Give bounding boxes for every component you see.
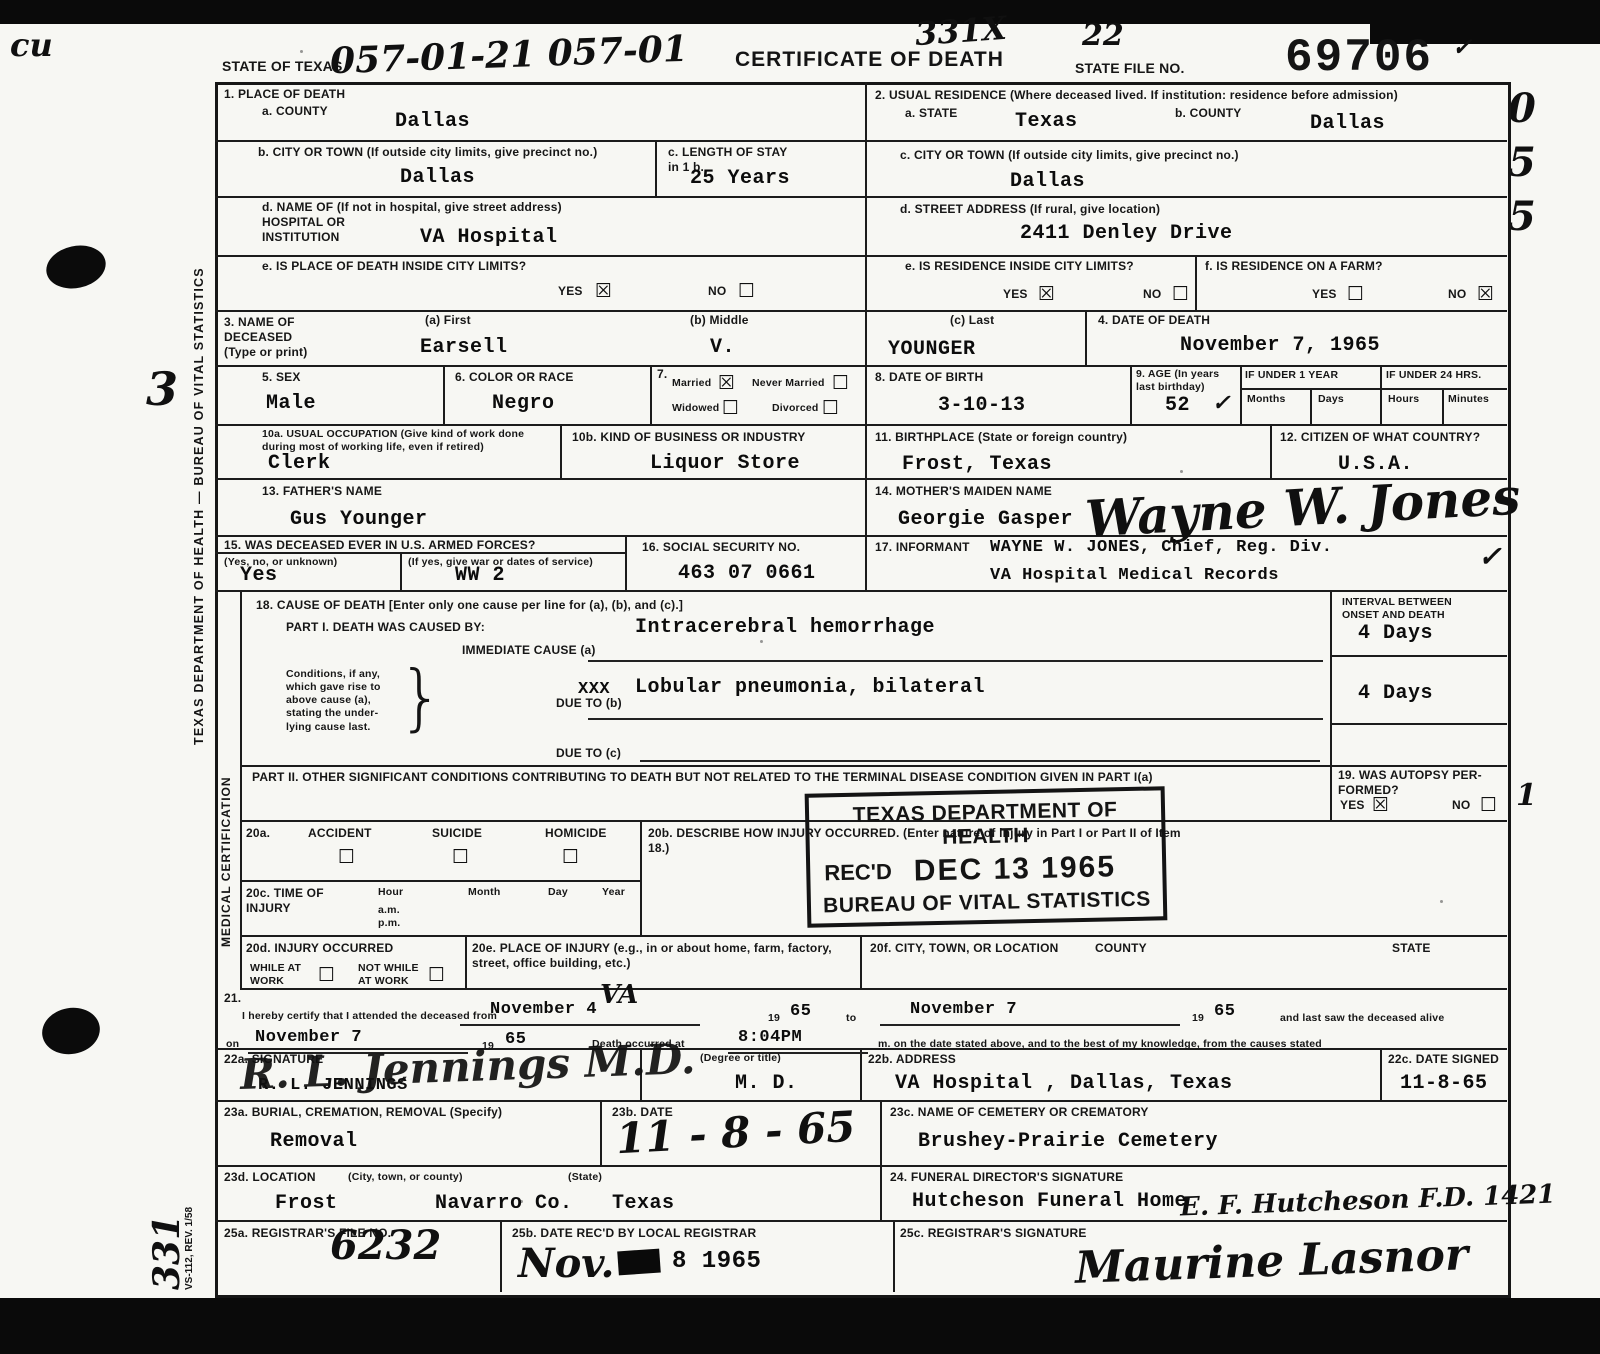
certify-19b: 19 — [1192, 1012, 1204, 1025]
field-res-city-label: c. CITY OR TOWN (If outside city limits,… — [900, 148, 1239, 163]
field-date-signed-value: 11-8-65 — [1400, 1072, 1488, 1095]
marital-widowed-label: Widowed — [672, 402, 719, 415]
not-while-at-work-checkbox: ☐ — [428, 966, 445, 985]
month-header: Month — [468, 886, 501, 899]
due-to-c-label: DUE TO (c) — [556, 746, 621, 761]
divider — [860, 935, 862, 988]
stamp-date: DEC 13 1965 — [914, 850, 1117, 888]
res-farm-yes-label: YES — [1312, 287, 1337, 302]
field-age-label: 9. AGE (In years last birthday) — [1136, 368, 1219, 394]
divider — [215, 140, 1507, 142]
field-sex-label: 5. SEX — [262, 370, 301, 385]
certify-year1: 65 — [790, 1002, 811, 1021]
received-stamp: TEXAS DEPARTMENT OF HEALTH REC'D DEC 13 … — [805, 786, 1168, 928]
divider — [443, 365, 445, 424]
field-date-recd-label: 25b. DATE REC'D BY LOCAL REGISTRAR — [512, 1226, 756, 1241]
stamp-line1: TEXAS DEPARTMENT OF HEALTH — [809, 797, 1162, 852]
certify-tail-2: m. on the date stated above, and to the … — [878, 1038, 1508, 1051]
divider — [865, 82, 867, 590]
field-res-county-value: Dallas — [1310, 112, 1385, 135]
divider — [600, 1100, 602, 1165]
location-city-value: Frost — [275, 1192, 338, 1215]
certify-time-value: 8:04PM — [738, 1028, 802, 1047]
divider — [1310, 388, 1312, 424]
field-birthplace-label: 11. BIRTHPLACE (State or foreign country… — [875, 430, 1127, 445]
side-title-vertical: TEXAS DEPARTMENT OF HEALTH — BUREAU OF V… — [192, 250, 206, 745]
marital-widowed-checkbox: ☐ — [722, 399, 739, 418]
injury-20c-label: 20c. TIME OF INJURY — [246, 886, 324, 916]
divider — [560, 424, 562, 478]
months-header: Months — [1247, 393, 1286, 406]
certify-on: on — [226, 1038, 239, 1051]
interval-value-a: 4 Days — [1358, 622, 1433, 645]
field-last-value: YOUNGER — [888, 338, 976, 361]
divider — [1380, 365, 1382, 424]
res-limits-no-checkbox: ☐ — [1172, 285, 1189, 304]
field-dod-label: 4. DATE OF DEATH — [1098, 313, 1210, 328]
certify-to-date: November 7 — [910, 1000, 1017, 1019]
age-handwritten-mark: ✓ — [1212, 390, 1230, 416]
divider — [893, 1220, 895, 1292]
homicide-checkbox: ☐ — [562, 848, 579, 867]
divider — [240, 988, 1507, 990]
pod-no-label: NO — [708, 284, 726, 299]
field-res-state-label: a. STATE — [905, 106, 958, 121]
field-address-label: 22b. ADDRESS — [868, 1052, 956, 1067]
suicide-checkbox: ☐ — [452, 848, 469, 867]
divider — [500, 1220, 502, 1292]
field-city-value: Dallas — [400, 166, 475, 189]
immediate-cause-label: IMMEDIATE CAUSE (a) — [462, 643, 596, 658]
injury-20e-label: 20e. PLACE OF INJURY (e.g., in or about … — [472, 941, 852, 971]
field-last-label: (c) Last — [950, 313, 994, 328]
while-at-work-checkbox: ☐ — [318, 966, 335, 985]
autopsy-no-label: NO — [1452, 798, 1470, 813]
field-autopsy-label: 19. WAS AUTOPSY PER- FORMED? — [1338, 768, 1482, 798]
divider — [588, 718, 1323, 720]
field-res-state-value: Texas — [1015, 110, 1078, 133]
res-farm-no-label: NO — [1448, 287, 1466, 302]
under-24-hrs-header: IF UNDER 24 HRS. — [1386, 369, 1481, 382]
divider — [240, 590, 242, 988]
divider — [240, 935, 1507, 937]
field-informant-line1: WAYNE W. JONES, Chief, Reg. Div. — [990, 538, 1332, 557]
field-informant-label: 17. INFORMANT — [875, 540, 970, 555]
divider — [880, 1100, 882, 1165]
injury-county-header: COUNTY — [1095, 941, 1147, 956]
scan-speck — [300, 50, 303, 53]
field-war-value: WW 2 — [455, 564, 505, 587]
divider — [1380, 1048, 1382, 1100]
field-res-city-limits-label: e. IS RESIDENCE INSIDE CITY LIMITS? — [905, 259, 1134, 274]
field-length-of-stay-value: 25 Years — [690, 167, 790, 190]
field-armed-forces-label: 15. WAS DECEASED EVER IN U.S. ARMED FORC… — [224, 538, 536, 553]
field-res-city-value: Dallas — [1010, 170, 1085, 193]
divider — [880, 1165, 882, 1220]
divider — [215, 1100, 1507, 1102]
ink-blot — [617, 1249, 661, 1276]
field-mother-label: 14. MOTHER'S MAIDEN NAME — [875, 484, 1052, 499]
res-limits-no-label: NO — [1143, 287, 1161, 302]
marital-married-label: Married — [672, 377, 711, 390]
field-ssn-value: 463 07 0661 — [678, 562, 816, 585]
brace-glyph: } — [398, 655, 444, 739]
margin-note-3: 3 — [146, 362, 178, 416]
divider — [215, 310, 1507, 312]
date-recd-handwritten: Nov. — [518, 1240, 614, 1287]
divider — [1330, 655, 1507, 657]
year-header: Year — [602, 886, 625, 899]
funeral-home-value: Hutcheson Funeral Home — [912, 1190, 1187, 1213]
days-header: Days — [1318, 393, 1344, 406]
divider — [1195, 255, 1197, 310]
field-burial-value: Removal — [270, 1130, 358, 1153]
death-certificate-scan: cu 3 331 VS-112, REV. 1/58 TEXAS DEPARTM… — [0, 0, 1600, 1354]
divider — [400, 552, 402, 590]
divider — [215, 1165, 1507, 1167]
field-dod-value: November 7, 1965 — [1180, 334, 1380, 357]
certify-on-date: November 7 — [255, 1028, 362, 1047]
certify-to: to — [846, 1012, 856, 1025]
field-cemetery-label: 23c. NAME OF CEMETERY OR CREMATORY — [890, 1105, 1149, 1120]
divider — [1270, 424, 1272, 478]
cause-conditions-note: Conditions, if any, which gave rise to a… — [286, 668, 381, 734]
ampm-label: a.m. p.m. — [378, 904, 400, 930]
field-informant-line2: VA Hospital Medical Records — [990, 566, 1279, 585]
informant-check-mark: ✓ — [1478, 540, 1501, 573]
location-state-value: Texas — [612, 1192, 675, 1215]
state-of-texas-label: STATE OF TEXAS — [222, 58, 343, 76]
divider — [640, 760, 1320, 762]
interval-value-b: 4 Days — [1358, 682, 1433, 705]
handwritten-22: 22 — [1082, 18, 1124, 53]
cause-part1-label: PART I. DEATH WAS CAUSED BY: — [286, 620, 485, 635]
field-father-label: 13. FATHER'S NAME — [262, 484, 382, 499]
certify-tail-1: and last saw the deceased alive — [1280, 1012, 1444, 1025]
field-race-value: Negro — [492, 392, 555, 415]
field-funeral-director-label: 24. FUNERAL DIRECTOR'S SIGNATURE — [890, 1170, 1123, 1185]
field-occupation-label: 10a. USUAL OCCUPATION (Give kind of work… — [262, 428, 524, 454]
homicide-label: HOMICIDE — [545, 826, 607, 841]
field-race-label: 6. COLOR OR RACE — [455, 370, 574, 385]
field-cemetery-value: Brushey-Prairie Cemetery — [918, 1130, 1218, 1153]
under-1-year-header: IF UNDER 1 YEAR — [1245, 369, 1338, 382]
injury-20f-label: 20f. CITY, TOWN, OR LOCATION — [870, 941, 1059, 956]
state-file-no-value: 69706 — [1285, 32, 1433, 84]
res-farm-yes-checkbox: ☐ — [1347, 285, 1364, 304]
field-cause-title: 18. CAUSE OF DEATH [Enter only one cause… — [256, 598, 683, 613]
certificate-title: CERTIFICATE OF DEATH — [735, 48, 1004, 72]
pod-no-checkbox: ☐ — [738, 282, 755, 301]
field-business-label: 10b. KIND OF BUSINESS OR INDUSTRY — [572, 430, 806, 445]
field-father-value: Gus Younger — [290, 508, 428, 531]
field-location-label: 23d. LOCATION — [224, 1170, 316, 1185]
field-business-value: Liquor Store — [650, 452, 800, 475]
minutes-header: Minutes — [1448, 393, 1489, 406]
marital-married-checkbox: ☒ — [718, 374, 735, 393]
field-res-street-label: d. STREET ADDRESS (If rural, give locati… — [900, 202, 1160, 217]
field-name-title: 3. NAME OF DECEASED (Type or print) — [224, 315, 307, 360]
field-first-value: Earsell — [420, 336, 508, 359]
marital-divorced-label: Divorced — [772, 402, 819, 415]
divider — [625, 535, 627, 590]
accident-label: ACCIDENT — [308, 826, 372, 841]
hole-punch-top — [42, 240, 109, 294]
date-recd-stamped: 8 1965 — [672, 1248, 761, 1275]
injury-20a-number: 20a. — [246, 826, 270, 841]
divider — [860, 1048, 862, 1100]
due-to-b-label: DUE TO (b) — [556, 696, 622, 711]
divider — [460, 1024, 700, 1026]
field-age-value: 52 — [1165, 394, 1190, 417]
hours-header: Hours — [1388, 393, 1419, 406]
field-immediate-cause-value: Intracerebral hemorrhage — [635, 616, 935, 639]
divider — [650, 365, 652, 424]
field-res-farm-label: f. IS RESIDENCE ON A FARM? — [1205, 259, 1383, 274]
not-while-at-work-label: NOT WHILE AT WORK — [358, 962, 419, 988]
divider — [1085, 310, 1087, 365]
pod-yes-checkbox: ☒ — [595, 282, 612, 301]
field-place-of-death-title: 1. PLACE OF DEATH — [224, 87, 345, 102]
field-dob-label: 8. DATE OF BIRTH — [875, 370, 983, 385]
day-header: Day — [548, 886, 568, 899]
suicide-label: SUICIDE — [432, 826, 482, 841]
handwritten-331x: 331X — [914, 9, 1008, 53]
field-county-value: Dallas — [395, 110, 470, 133]
scan-edge-bottom — [0, 1298, 1600, 1354]
divider — [1240, 365, 1242, 424]
form-number: VS-112, REV. 1/58 — [184, 1140, 195, 1290]
degree-or-title-label: (Degree or title) — [700, 1052, 781, 1065]
location-county-value: Navarro Co. — [435, 1192, 573, 1215]
marital-never-checkbox: ☐ — [832, 374, 849, 393]
autopsy-yes-checkbox: ☒ — [1372, 796, 1389, 815]
field-mother-value: Georgie Gasper — [898, 508, 1073, 531]
certify-text-1: I hereby certify that I attended the dec… — [242, 1010, 497, 1023]
certify-19a: 19 — [768, 1012, 780, 1025]
field-ssn-label: 16. SOCIAL SECURITY NO. — [642, 540, 800, 555]
handwritten-va: VA — [600, 980, 638, 1010]
res-farm-no-checkbox: ☒ — [1477, 285, 1494, 304]
divider — [640, 820, 642, 935]
field-due-to-b-value: Lobular pneumonia, bilateral — [635, 676, 985, 699]
handwritten-check-top: ✓ — [1452, 32, 1472, 61]
divider — [1330, 723, 1507, 725]
margin-note-cu: cu — [10, 26, 53, 64]
while-at-work-label: WHILE AT WORK — [250, 962, 301, 988]
field-date-signed-label: 22c. DATE SIGNED — [1388, 1052, 1499, 1067]
margin-note-1: 1 — [1516, 778, 1537, 813]
field-dob-value: 3-10-13 — [938, 394, 1026, 417]
field-burial-label: 23a. BURIAL, CREMATION, REMOVAL (Specify… — [224, 1105, 502, 1120]
scan-edge-top — [0, 0, 1600, 24]
hour-header: Hour — [378, 886, 403, 899]
divider — [588, 660, 1323, 662]
field-sex-value: Male — [266, 392, 316, 415]
divider — [1240, 388, 1507, 390]
hole-punch-bottom — [38, 1003, 103, 1058]
state-file-no-label: STATE FILE NO. — [1075, 60, 1185, 78]
interval-header: INTERVAL BETWEEN ONSET AND DEATH — [1342, 596, 1452, 622]
field-marital-number: 7. — [657, 367, 667, 382]
certify-from-date: November 4 — [490, 1000, 597, 1019]
degree-value: M. D. — [735, 1072, 798, 1095]
field-occupation-value: Clerk — [268, 452, 331, 475]
field-address-value: VA Hospital , Dallas, Texas — [895, 1072, 1233, 1095]
location-state-sub: (State) — [568, 1171, 602, 1184]
field-county-label: a. COUNTY — [262, 104, 328, 119]
pod-yes-label: YES — [558, 284, 583, 299]
divider — [240, 765, 1507, 767]
stamp-line2: BUREAU OF VITAL STATISTICS — [811, 887, 1163, 918]
res-limits-yes-checkbox: ☒ — [1038, 285, 1055, 304]
field-registrar-signature-label: 25c. REGISTRAR'S SIGNATURE — [900, 1226, 1087, 1241]
divider — [1330, 590, 1332, 820]
divider — [215, 590, 1507, 592]
field-city-label: b. CITY OR TOWN (If outside city limits,… — [258, 145, 597, 160]
injury-state-header: STATE — [1392, 941, 1431, 956]
divider — [1130, 365, 1132, 424]
certify-number: 21. — [224, 991, 241, 1006]
field-middle-value: V. — [710, 336, 735, 359]
field-citizen-label: 12. CITIZEN OF WHAT COUNTRY? — [1280, 430, 1480, 445]
location-city-sub: (City, town, or county) — [348, 1171, 463, 1184]
divider — [1442, 388, 1444, 424]
divider — [215, 255, 1507, 257]
divider — [215, 424, 1507, 426]
field-hospital-value: VA Hospital — [420, 226, 558, 249]
handwritten-district-code: 057-01-21 057-01 — [329, 28, 688, 82]
injury-20d-label: 20d. INJURY OCCURRED — [246, 941, 393, 956]
field-pod-city-limits-label: e. IS PLACE OF DEATH INSIDE CITY LIMITS? — [262, 259, 526, 274]
field-residence-title: 2. USUAL RESIDENCE (Where deceased lived… — [875, 88, 1495, 103]
cause-part2-label: PART II. OTHER SIGNIFICANT CONDITIONS CO… — [252, 770, 1322, 785]
margin-note-055: 0 5 5 — [1508, 82, 1536, 244]
autopsy-no-checkbox: ☐ — [1480, 796, 1497, 815]
stamp-recd-label: REC'D — [824, 859, 892, 886]
field-res-county-label: b. COUNTY — [1175, 106, 1241, 121]
divider — [880, 1024, 1180, 1026]
divider — [465, 935, 467, 988]
certify-year2: 65 — [1214, 1002, 1235, 1021]
field-res-street-value: 2411 Denley Drive — [1020, 222, 1233, 245]
marital-never-label: Never Married — [752, 377, 825, 390]
divider — [215, 365, 1507, 367]
autopsy-yes-label: YES — [1340, 798, 1365, 813]
res-limits-yes-label: YES — [1003, 287, 1028, 302]
field-birthplace-value: Frost, Texas — [902, 453, 1052, 476]
divider — [240, 880, 640, 882]
field-armed-forces-value: Yes — [240, 564, 278, 587]
divider — [215, 196, 1507, 198]
field-middle-label: (b) Middle — [690, 313, 749, 328]
registrar-file-no-handwritten: 6232 — [330, 1222, 441, 1269]
margin-note-331: 331 — [146, 1180, 188, 1290]
accident-checkbox: ☐ — [338, 848, 355, 867]
divider — [655, 140, 657, 196]
marital-divorced-checkbox: ☐ — [822, 399, 839, 418]
field-first-label: (a) First — [425, 313, 471, 328]
